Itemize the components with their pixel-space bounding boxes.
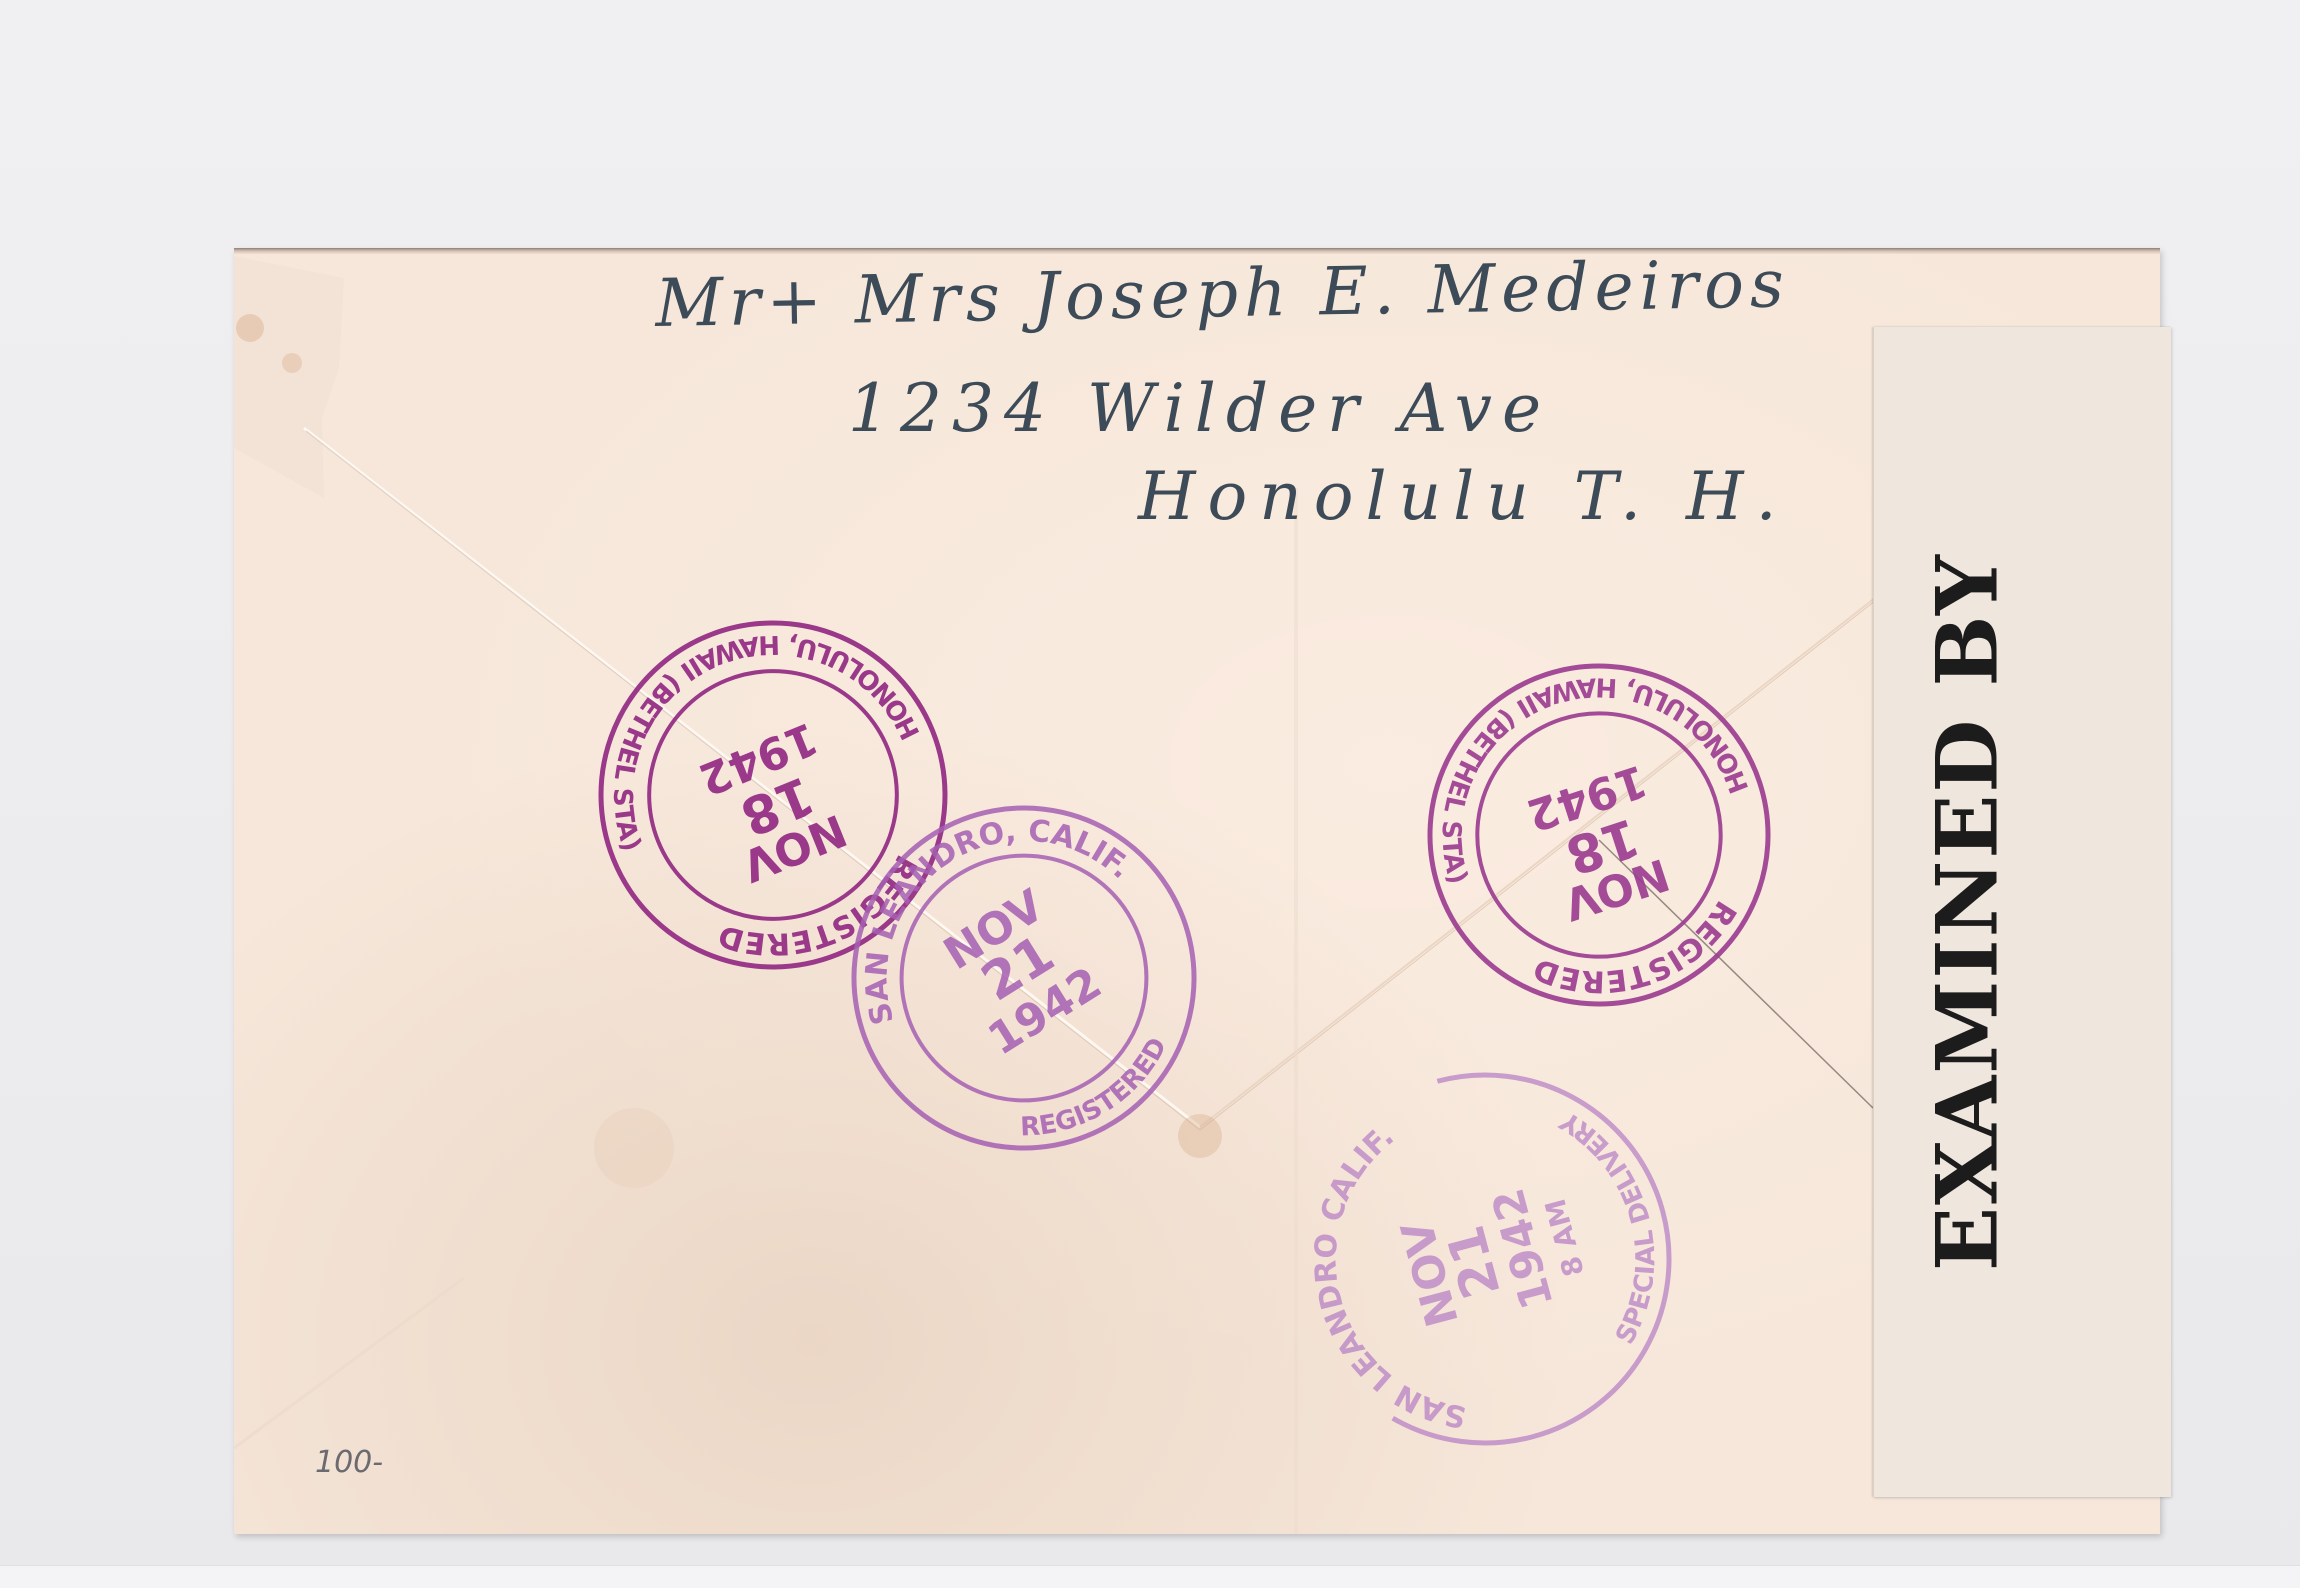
return-address-line-2: 1234 Wilder Ave — [848, 370, 1551, 447]
pencil-price-note: 100- — [315, 1445, 383, 1480]
envelope-torn-top-edge — [234, 248, 2160, 254]
return-address-line-3: Honolulu T. H. — [1138, 458, 1789, 535]
censor-label: EXAMINED BY — [1918, 553, 2017, 1271]
scanner-bed-edge — [0, 1565, 2300, 1588]
censor-tape: EXAMINED BY — [1873, 327, 2171, 1497]
